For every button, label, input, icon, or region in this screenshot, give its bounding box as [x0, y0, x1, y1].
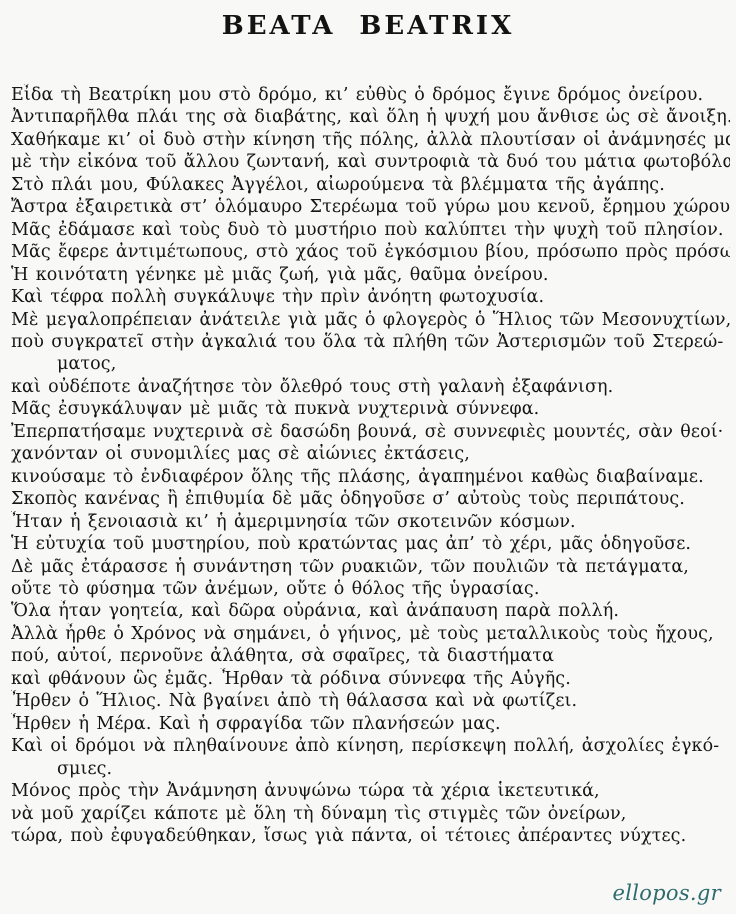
poem-line-continuation: ματος,	[11, 353, 730, 375]
poem-line: Σκοπὸς κανένας ἢ ἐπιθυμία δὲ μᾶς ὁδηγοῦσ…	[11, 488, 730, 510]
poem-line: Ἡ κοινότατη γένηκε μὲ μιᾶς ζωή, γιὰ μᾶς,…	[11, 264, 730, 286]
ellopos-credit-link[interactable]: ellopos.gr	[612, 881, 721, 905]
poem-line: χανόνταν οἱ συνομιλίες μας σὲ αἰώνιες ἐκ…	[11, 443, 730, 465]
poem-line: Εἶδα τὴ Βεατρίκη μου στὸ δρόμο, κι’ εὐθὺ…	[11, 84, 730, 106]
poem-line: Μᾶς ἐδάμασε καὶ τοὺς δυὸ τὸ μυστήριο ποὺ…	[11, 219, 730, 241]
poem-body: Εἶδα τὴ Βεατρίκη μου στὸ δρόμο, κι’ εὐθὺ…	[0, 84, 736, 847]
poem-line: Ἦταν ἡ ξενοιασιὰ κι’ ἡ ἀμεριμνησία τῶν σ…	[11, 511, 730, 533]
poem-line: Ἦρθεν ἡ Μέρα. Καὶ ἡ σφραγίδα τῶν πλανήσε…	[11, 713, 730, 735]
poem-line: Ὅλα ἦταν γοητεία, καὶ δῶρα οὐράνια, καὶ …	[11, 600, 730, 622]
poem-line: καὶ φθάνουν ὣς ἐμᾶς. Ἦρθαν τὰ ρόδινα σύν…	[11, 668, 730, 690]
poem-line: Μόνος πρὸς τὴν Ἀνάμνηση ἀνυψώνω τώρα τὰ …	[11, 780, 730, 802]
poem-line: Χαθήκαμε κι’ οἱ δυὸ στὴν κίνηση τῆς πόλη…	[11, 129, 730, 151]
poem-line: Καὶ οἱ δρόμοι νὰ πληθαίνουνε ἀπὸ κίνηση,…	[11, 735, 730, 757]
poem-line: Μᾶς ἐσυγκάλυψαν μὲ μιᾶς τὰ πυκνὰ νυχτερι…	[11, 398, 730, 420]
poem-line: νὰ μοῦ χαρίζει κάποτε μὲ ὅλη τὴ δύναμη τ…	[11, 803, 730, 825]
poem-line: Ἦρθεν ὁ Ἥλιος. Νὰ βγαίνει ἀπὸ τὴ θάλασσα…	[11, 690, 730, 712]
poem-line: Ἀλλὰ ἦρθε ὁ Χρόνος νὰ σημάνει, ὁ γήινος,…	[11, 623, 730, 645]
poem-line: πού, αὐτοί, περνοῦνε ἀλάθητα, σὰ σφαῖρες…	[11, 645, 730, 667]
poem-line: Δὲ μᾶς ἐτάρασσε ἡ συνάντηση τῶν ρυακιῶν,…	[11, 556, 730, 578]
poem-line: Ἐπερπατήσαμε νυχτερινὰ σὲ δασώδη βουνά, …	[11, 421, 730, 443]
document-page: BEATA BEATRIX Εἶδα τὴ Βεατρίκη μου στὸ δ…	[0, 0, 736, 914]
poem-line: οὔτε τὸ φύσημα τῶν ἀνέμων, οὔτε ὁ θόλος …	[11, 578, 730, 600]
poem-line: Μᾶς ἔφερε ἀντιμέτωπους, στὸ χάος τοῦ ἐγκ…	[11, 241, 730, 263]
poem-line: καὶ οὐδέποτε ἀναζήτησε τὸν ὄλεθρό τους σ…	[11, 376, 730, 398]
poem-line: κινούσαμε τὸ ἐνδιαφέρον ὅλης τῆς πλάσης,…	[11, 466, 730, 488]
poem-line: ποὺ συγκρατεῖ στὴν ἀγκαλιά του ὅλα τὰ πλ…	[11, 331, 730, 353]
poem-line: Μὲ μεγαλοπρέπειαν ἀνάτειλε γιὰ μᾶς ὁ φλο…	[11, 309, 730, 331]
poem-line: Ἄστρα ἐξαιρετικὰ στ’ ὁλόμαυρο Στερέωμα τ…	[11, 196, 730, 218]
poem-line: Ἡ εὐτυχία τοῦ μυστηρίου, ποὺ κρατώντας μ…	[11, 533, 730, 555]
poem-line: Ἀντιπαρῆλθα πλάι της σὰ διαβάτης, καὶ ὅλ…	[11, 106, 730, 128]
poem-line: Καὶ τέφρα πολλὴ συγκάλυψε τὴν πρὶν ἀνόητ…	[11, 286, 730, 308]
poem-line: τώρα, ποὺ ἐφυγαδεύθηκαν, ἴσως γιὰ πάντα,…	[11, 825, 730, 847]
poem-line: μὲ τὴν εἰκόνα τοῦ ἄλλου ζωντανή, καὶ συν…	[11, 151, 730, 173]
poem-line: Στὸ πλάι μου, Φύλακες Ἀγγέλοι, αἰωρούμεν…	[11, 174, 730, 196]
poem-line-continuation: σμιες.	[11, 758, 730, 780]
page-title: BEATA BEATRIX	[0, 11, 736, 41]
